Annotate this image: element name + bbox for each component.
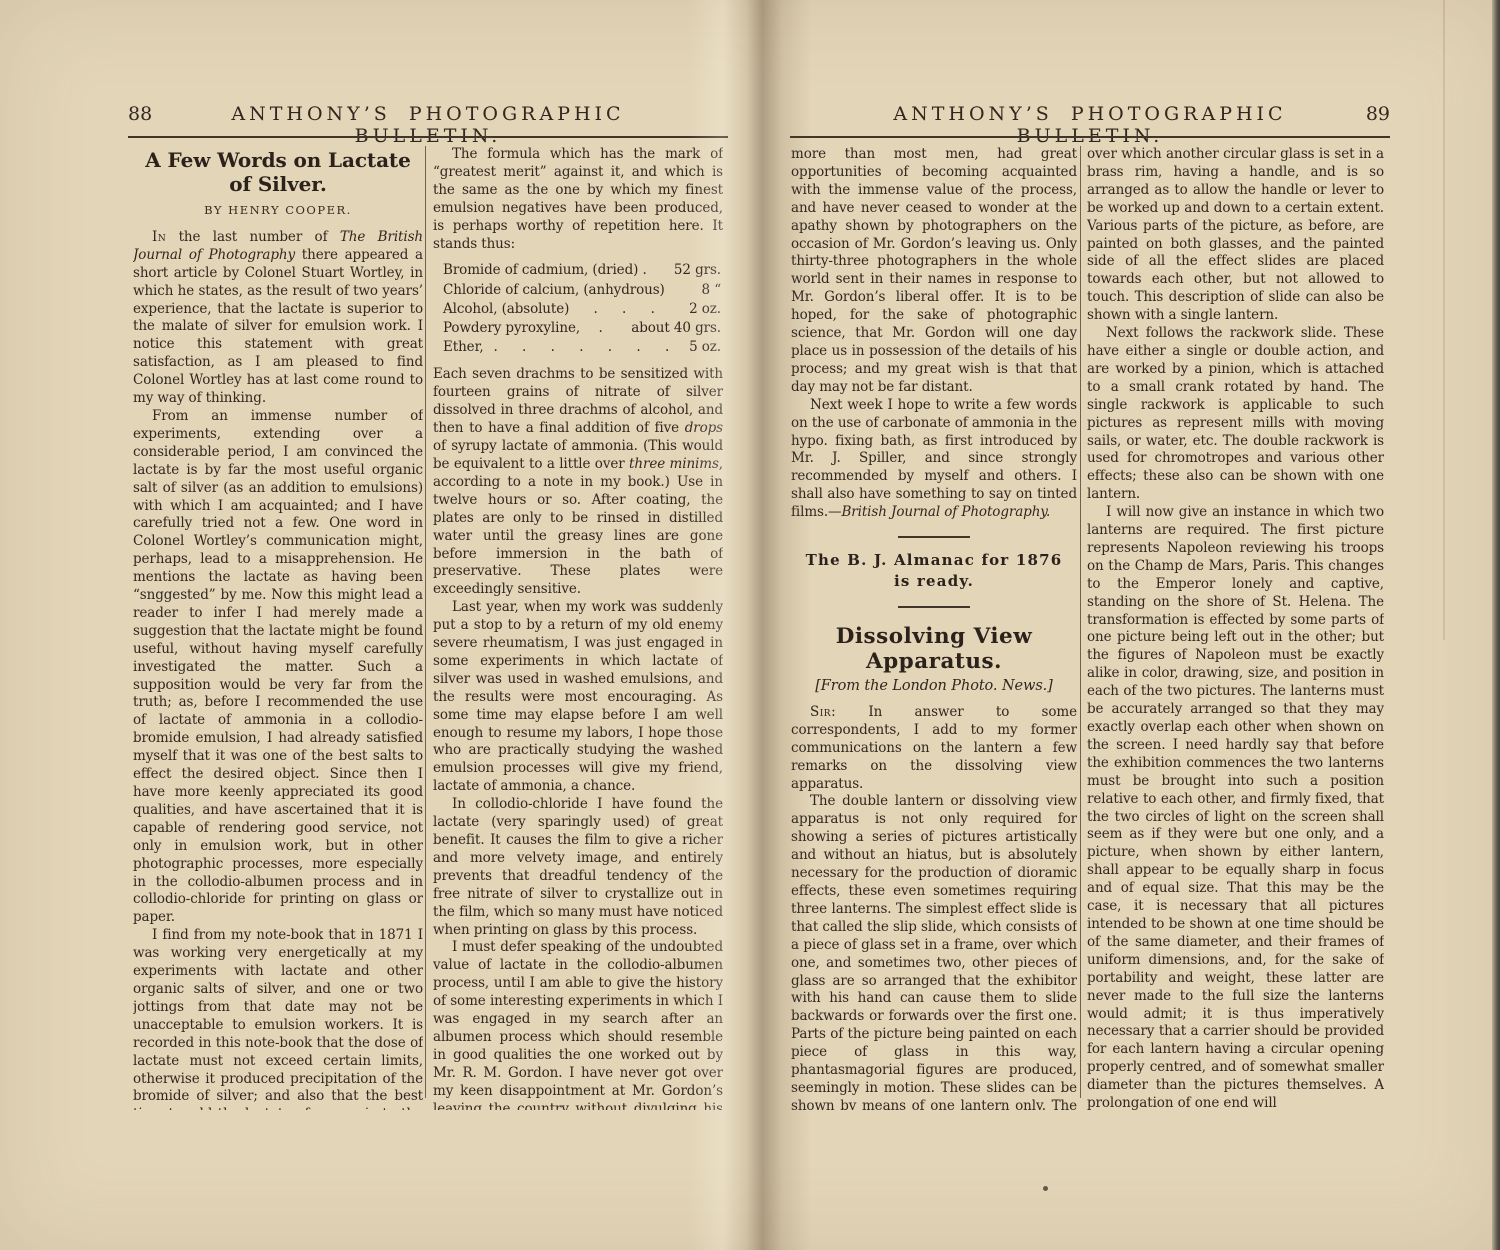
body-text: more than most men, had great opportunit… [791, 146, 1077, 395]
body-text: over which another circular glass is set… [1087, 146, 1384, 323]
column-3-text-top: more than most men, had great opportunit… [791, 146, 1077, 522]
body-text: Next week I hope to write a few words on… [791, 397, 1077, 520]
separator-rule-top [898, 536, 970, 538]
formula-ingredient: Chloride of calcium, (anhydrous) [443, 281, 665, 300]
paragraph: Sir: In answer to some correspondents, I… [791, 704, 1077, 794]
left-column-divider [425, 146, 426, 1098]
right-page-number: 89 [1328, 103, 1390, 125]
paragraph: I will now give an instance in which two… [1087, 504, 1384, 1113]
paper-speck [1043, 1186, 1048, 1191]
body-text: I find from my note-book that in 1871 I … [133, 927, 423, 1110]
paragraph: In collodio-chloride I have found the la… [433, 796, 723, 939]
page-edge-deckle [1443, 0, 1445, 640]
paragraph: over which another circular glass is set… [1087, 146, 1384, 325]
column-3-text-rest: Sir: In answer to some correspondents, I… [791, 704, 1077, 1110]
article2-title: Dissolving View Apparatus. [791, 624, 1077, 674]
right-running-head: ANTHONY’S PHOTOGRAPHIC BULLETIN. [852, 103, 1328, 147]
paragraph: In the last number of The British Journa… [133, 229, 423, 408]
paragraph: Last year, when my work was suddenly put… [433, 599, 723, 796]
paragraph: Next week I hope to write a few words on… [791, 397, 1077, 522]
article-title: A Few Words on Lactate of Silver. [141, 148, 415, 196]
column-4: over which another circular glass is set… [1087, 146, 1384, 1120]
formula-dot-leader: . . . . . . . [484, 338, 689, 357]
left-running-head: ANTHONY’S PHOTOGRAPHIC BULLETIN. [190, 103, 666, 147]
article2-source: [From the London Photo. News.] [791, 678, 1077, 696]
body-text: I will now give an instance in which two… [1087, 504, 1384, 1111]
right-column-divider [1080, 146, 1081, 1098]
body-text: From an immense number of experiments, e… [133, 408, 423, 925]
almanac-notice-line2: is ready. [791, 571, 1077, 592]
column-2-text: Each seven drachms to be sensitized with… [433, 366, 723, 1110]
body-text: the last number of [166, 229, 340, 245]
formula-ingredient: Ether, [443, 338, 484, 357]
formula-dot-leader: . [580, 319, 631, 338]
almanac-notice: The B. J. Almanac for 1876 is ready. [791, 550, 1077, 592]
left-page-header: 88 ANTHONY’S PHOTOGRAPHIC BULLETIN. [128, 103, 728, 133]
formula-row: Bromide of cadmium, (dried) .52 grs. [443, 261, 721, 280]
formula-ingredient: Powdery pyroxyline, [443, 319, 580, 338]
paragraph: The double lantern or dissolving view ap… [791, 793, 1077, 1110]
body-text: In collodio-chloride I have found the la… [433, 796, 723, 937]
formula-ingredient: Bromide of cadmium, (dried) . [443, 261, 647, 280]
column-2-intro: The formula which has the mark of “great… [433, 146, 723, 253]
smallcaps-text: Sir: [810, 704, 836, 720]
italic-text: British Journal of Photography. [841, 504, 1050, 520]
column-4-text: over which another circular glass is set… [1087, 146, 1384, 1113]
formula-row: Powdery pyroxyline,.about 40 grs. [443, 319, 721, 338]
almanac-notice-line1: The B. J. Almanac for 1876 [791, 550, 1077, 571]
byline: BY HENRY COOPER. [133, 202, 423, 220]
right-header-rule [790, 136, 1390, 138]
column-1-text: In the last number of The British Journa… [133, 229, 423, 1110]
right-page-header: ANTHONY’S PHOTOGRAPHIC BULLETIN. 89 [790, 103, 1390, 133]
formula-dot-leader: . . . [569, 300, 689, 319]
body-text: Each seven drachms to be sensitized with… [433, 366, 723, 436]
column-2: The formula which has the mark of “great… [433, 146, 723, 1110]
left-page-number: 88 [128, 103, 190, 125]
body-text: Next follows the rackwork slide. These h… [1087, 325, 1384, 502]
scan-right-edge [1492, 0, 1500, 1250]
paragraph: I find from my note-book that in 1871 I … [133, 927, 423, 1110]
formula-row: Chloride of calcium, (anhydrous)8 “ [443, 281, 721, 300]
formula-row: Alcohol, (absolute). . .2 oz. [443, 300, 721, 319]
column-3: more than most men, had great opportunit… [791, 146, 1077, 1110]
body-text: I must defer speaking of the undoubted v… [433, 939, 723, 1110]
paragraph: Each seven drachms to be sensitized with… [433, 366, 723, 599]
left-header-rule [128, 136, 728, 138]
paragraph: From an immense number of experiments, e… [133, 408, 423, 927]
separator-rule-bottom [898, 606, 970, 608]
smallcaps-text: In [152, 229, 166, 245]
body-text: Last year, when my work was suddenly put… [433, 599, 723, 794]
column-1: A Few Words on Lactate of Silver. BY HEN… [133, 146, 423, 1110]
body-text: , according to a note in my book.) Use i… [433, 456, 723, 597]
book-scan: 88 ANTHONY’S PHOTOGRAPHIC BULLETIN. ANTH… [0, 0, 1500, 1250]
body-text: The formula which has the mark of “great… [433, 146, 723, 252]
paragraph: The formula which has the mark of “great… [433, 146, 723, 253]
page-gutter-shadow [688, 0, 812, 1250]
body-text: there appeared a short article by Colone… [133, 247, 423, 406]
formula-row: Ether,. . . . . . .5 oz. [443, 338, 721, 357]
paragraph: more than most men, had great opportunit… [791, 146, 1077, 397]
body-text: The double lantern or dissolving view ap… [791, 793, 1077, 1110]
paragraph: Next follows the rackwork slide. These h… [1087, 325, 1384, 504]
formula-ingredient: Alcohol, (absolute) [443, 300, 569, 319]
paragraph: I must defer speaking of the undoubted v… [433, 939, 723, 1110]
formula-table: Bromide of cadmium, (dried) .52 grs.Chlo… [443, 261, 723, 357]
